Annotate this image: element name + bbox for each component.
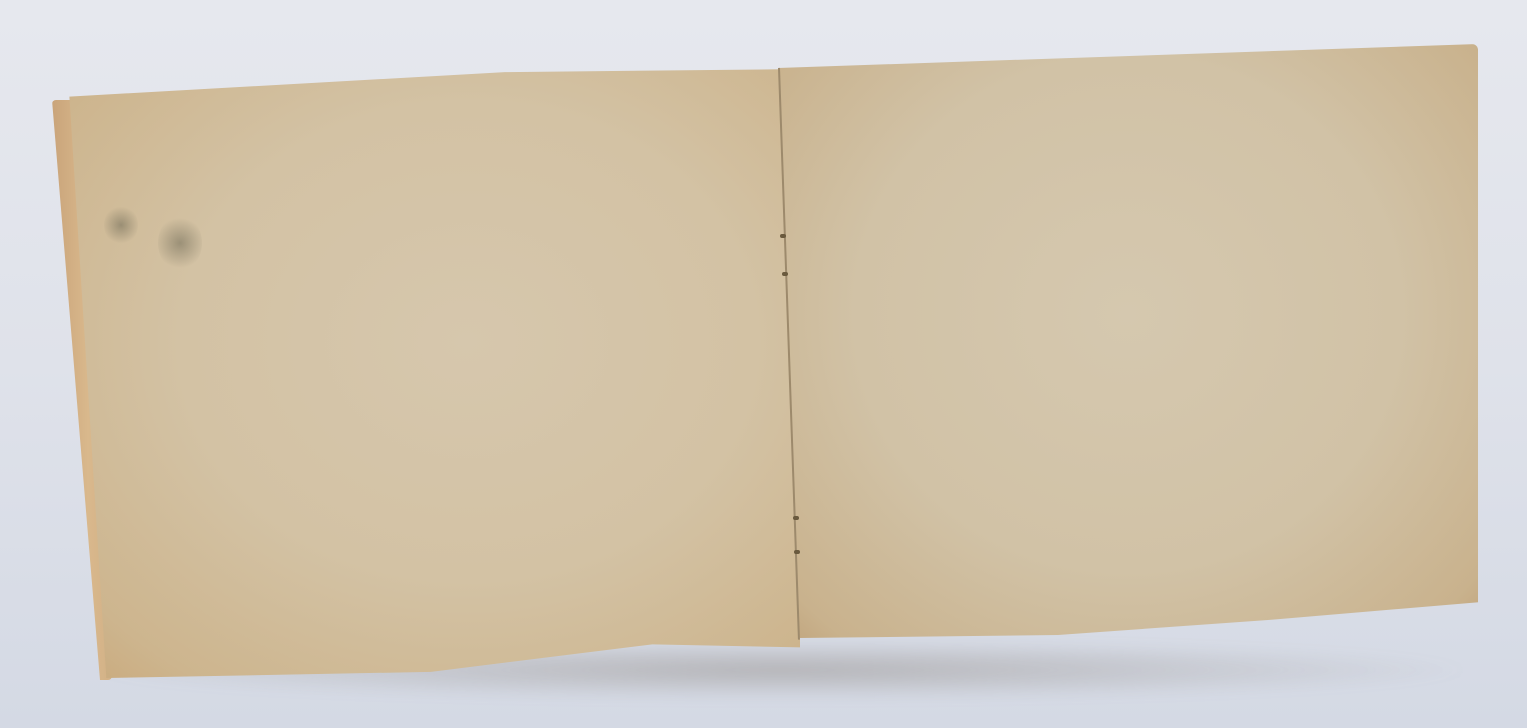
stitch-mark <box>794 550 800 554</box>
right-page <box>778 44 1478 644</box>
stitch-mark <box>782 272 788 276</box>
foxing-stain <box>104 205 138 245</box>
left-page <box>62 66 800 678</box>
stitch-mark <box>780 234 786 238</box>
foxing-stain <box>158 215 202 271</box>
stitch-mark <box>793 516 799 520</box>
photo-scene <box>0 0 1527 728</box>
